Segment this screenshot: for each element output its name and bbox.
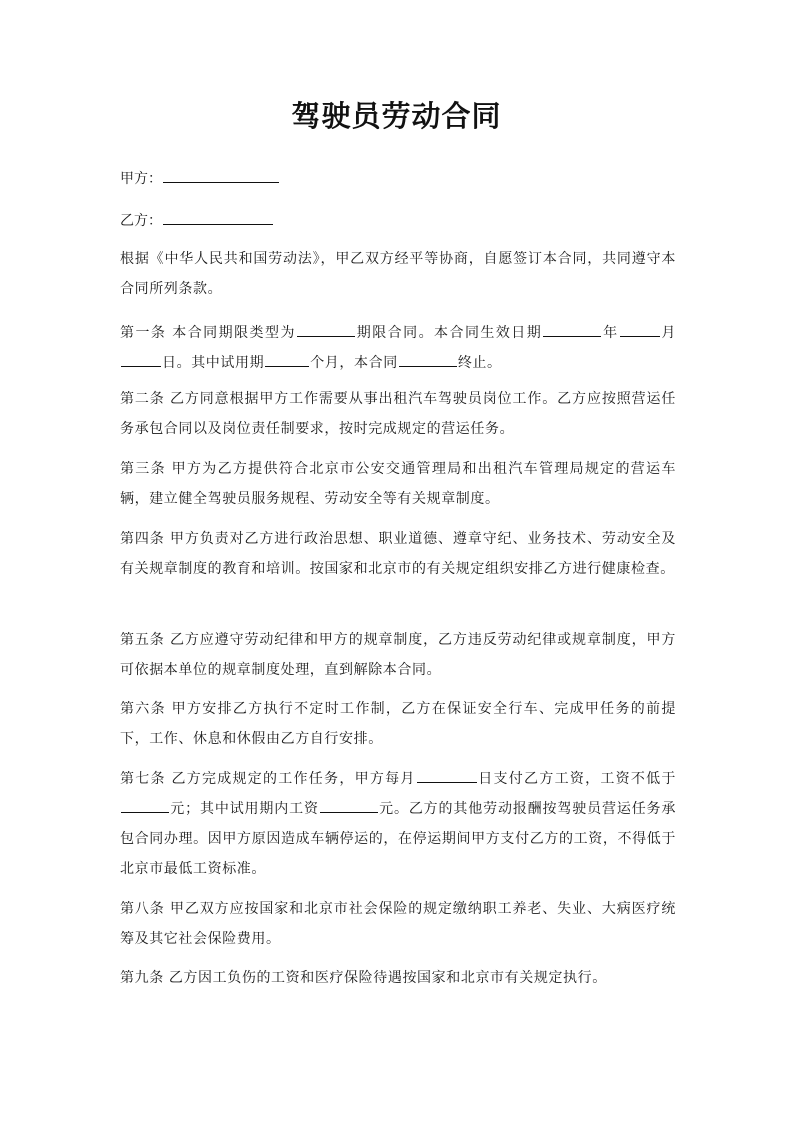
article-7-text: 日支付乙方工资，工资不低于 [478, 771, 676, 787]
preamble: 根据《中华人民共和国劳动法》，甲乙双方经平等协商，自愿签订本合同，共同遵守本合同… [120, 244, 676, 304]
party-a-blank [163, 168, 279, 183]
article-6: 第六条 甲方安排乙方执行不定时工作制，乙方在保证安全行车、完成甲任务的前提下，工… [120, 694, 676, 754]
article-7-text: 第七条 乙方完成规定的工作任务，甲方每月 [120, 771, 416, 787]
article-8: 第八条 甲乙双方应按国家和北京市社会保险的规定缴纳职工养老、失业、大病医疗统筹及… [120, 894, 676, 954]
article-7-text: 元；其中试用期内工资 [170, 801, 319, 817]
effective-month-blank [620, 322, 660, 337]
article-1-text: 第一条 本合同期限类型为 [120, 325, 296, 341]
article-4: 第四条 甲方负责对乙方进行政治思想、职业道德、遵章守纪、业务技术、劳动安全及有关… [120, 524, 676, 584]
probation-wage-blank [320, 798, 378, 813]
article-9: 第九条 乙方因工负伤的工资和医疗保险待遇按国家和北京市有关规定执行。 [120, 963, 676, 993]
party-b-label: 乙方： [120, 213, 162, 229]
article-5: 第五条 乙方应遵守劳动纪律和甲方的规章制度，乙方违反劳动纪律或规章制度，甲方可依… [120, 625, 676, 685]
article-1-text: 终止。 [458, 355, 502, 371]
article-1-text: 年 [602, 325, 618, 341]
article-7: 第七条 乙方完成规定的工作任务，甲方每月日支付乙方工资，工资不低于元；其中试用期… [120, 764, 676, 884]
min-wage-blank [121, 798, 169, 813]
article-1-text: 日。其中试用期 [162, 355, 264, 371]
payday-blank [417, 768, 477, 783]
document-title: 驾驶员劳动合同 [0, 94, 793, 135]
party-b-line: 乙方： [120, 210, 274, 231]
effective-year-blank [543, 322, 601, 337]
article-1-text: 月 [661, 325, 676, 341]
contract-type-blank [297, 322, 355, 337]
probation-months-blank [265, 352, 309, 367]
effective-day-blank [121, 352, 161, 367]
article-1: 第一条 本合同期限类型为期限合同。本合同生效日期年月日。其中试用期个月，本合同终… [120, 318, 676, 378]
article-1-text: 个月，本合同 [310, 355, 398, 371]
article-1-text: 期限合同。本合同生效日期 [356, 325, 542, 341]
article-2: 第二条 乙方同意根据甲方工作需要从事出租汽车驾驶员岗位工作。乙方应按照营运任务承… [120, 384, 676, 444]
termination-blank [399, 352, 457, 367]
party-a-label: 甲方： [120, 171, 162, 187]
party-a-line: 甲方： [120, 168, 280, 189]
party-b-blank [163, 210, 273, 225]
article-3: 第三条 甲方为乙方提供符合北京市公安交通管理局和出租汽车管理局规定的营运车辆，建… [120, 454, 676, 514]
